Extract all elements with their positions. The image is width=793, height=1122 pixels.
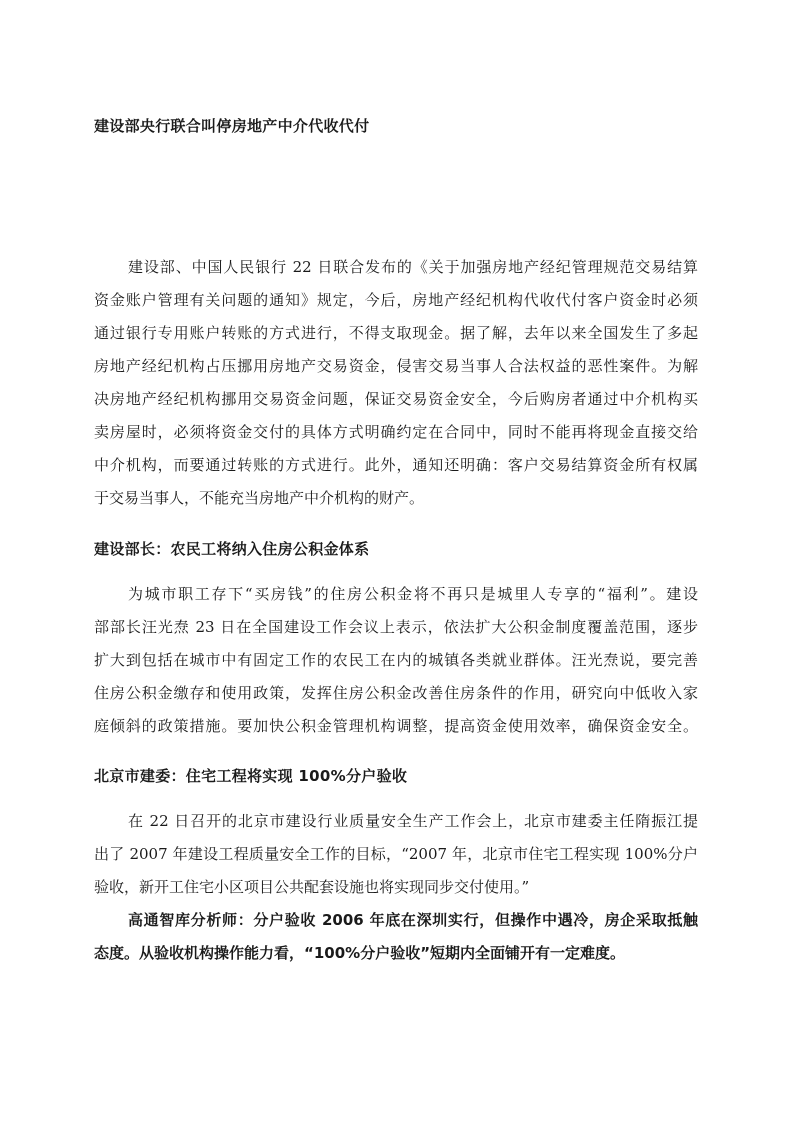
paragraph-line: 决房地产经纪机构挪用交易资金问题，保证交易资金安全，今后购房者通过中介机构买 bbox=[94, 389, 698, 409]
paragraph-line: 中介机构，而要通过转账的方式进行。此外，通知还明确：客户交易结算资金所有权属 bbox=[94, 455, 698, 475]
analyst-line: 高通智库分析师：分户验收 2006 年底在深圳实行，但操作中遇冷，房企采取抵触 bbox=[128, 910, 698, 930]
paragraph-line: 在 22 日召开的北京市建设行业质量安全生产工作会上，北京市建委主任隋振江提 bbox=[128, 811, 698, 831]
paragraph-line: 验收，新开工住宅小区项目公共配套设施也将实现同步交付使用。” bbox=[94, 877, 698, 897]
paragraph-line: 住房公积金缴存和使用政策，发挥住房公积金改善住房条件的作用，研究向中低收入家 bbox=[94, 683, 698, 703]
paragraph-line: 建设部、中国人民银行 22 日联合发布的《关于加强房地产经纪管理规范交易结算 bbox=[128, 257, 698, 277]
paragraph-line: 部部长汪光焘 23 日在全国建设工作会议上表示，依法扩大公积金制度覆盖范围，逐步 bbox=[94, 617, 698, 637]
paragraph-line: 出了 2007 年建设工程质量安全工作的目标，“2007 年，北京市住宅工程实现… bbox=[94, 844, 698, 864]
document-title: 建设部央行联合叫停房地产中介代收代付 bbox=[94, 116, 369, 136]
analyst-line: 态度。从验收机构操作能力看，“100%分户验收”短期内全面铺开有一定难度。 bbox=[94, 943, 698, 963]
paragraph-line: 房地产经纪机构占压挪用房地产交易资金，侵害交易当事人合法权益的恶性案件。为解 bbox=[94, 356, 698, 376]
paragraph-line: 于交易当事人，不能充当房地产中介机构的财产。 bbox=[94, 488, 698, 508]
paragraph-line: 卖房屋时，必须将资金交付的具体方式明确约定在合同中，同时不能再将现金直接交给 bbox=[94, 422, 698, 442]
paragraph-line: 资金账户管理有关问题的通知》规定，今后，房地产经纪机构代收代付客户资金时必须 bbox=[94, 290, 698, 310]
paragraph-line: 庭倾斜的政策措施。要加快公积金管理机构调整，提高资金使用效率，确保资金安全。 bbox=[94, 716, 698, 736]
paragraph-line: 通过银行专用账户转账的方式进行，不得支取现金。据了解，去年以来全国发生了多起 bbox=[94, 323, 698, 343]
section-heading: 建设部长：农民工将纳入住房公积金体系 bbox=[94, 539, 369, 559]
paragraph-line: 为城市职工存下“买房钱”的住房公积金将不再只是城里人专享的“福利”。建设 bbox=[128, 584, 698, 604]
section-heading: 北京市建委：住宅工程将实现 100%分户验收 bbox=[94, 766, 407, 786]
paragraph-line: 扩大到包括在城市中有固定工作的农民工在内的城镇各类就业群体。汪光焘说，要完善 bbox=[94, 650, 698, 670]
